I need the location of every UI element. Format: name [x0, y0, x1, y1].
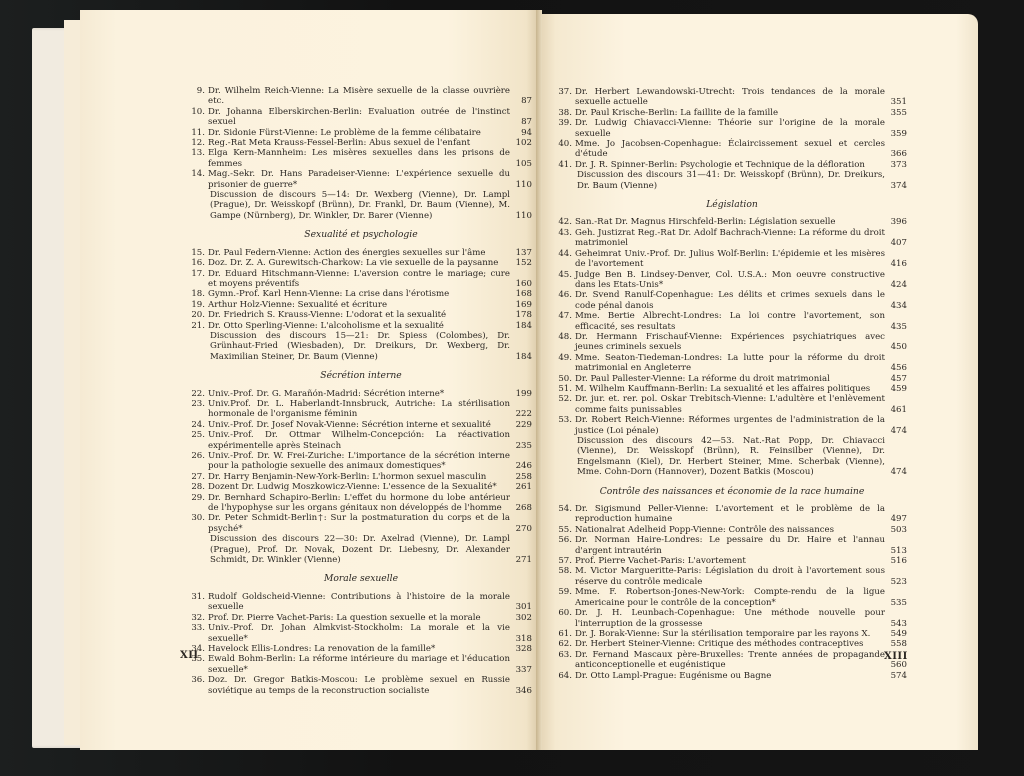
page-number-left: XII — [180, 650, 199, 661]
entry-page-number: 516 — [887, 556, 907, 566]
entry-page-number: 543 — [887, 619, 907, 629]
toc-entry: 11.Dr. Sidonie Fürst-Vienne: Le problème… — [190, 128, 532, 138]
entry-number: 57. — [557, 556, 572, 566]
entry-page-number: 456 — [887, 363, 907, 373]
toc-entry: 33.Univ.-Prof. Dr. Johan Almkvist-Stockh… — [190, 623, 532, 644]
entry-number: 46. — [557, 290, 572, 300]
toc-entry: 29.Dr. Bernhard Schapiro-Berlin: L'effet… — [190, 493, 532, 514]
entry-number: 27. — [190, 472, 205, 482]
section-heading: Législation — [557, 200, 907, 210]
entry-page-number: 407 — [887, 238, 907, 248]
entry-title: Doz. Dr. Gregor Batkis-Moscou: Le problè… — [208, 675, 510, 696]
toc-entry: 34.Havelock Ellis-Londres: La renovation… — [190, 644, 532, 654]
toc-entry: 36.Doz. Dr. Gregor Batkis-Moscou: Le pro… — [190, 675, 532, 696]
entry-number: 10. — [190, 107, 205, 117]
entry-title: Reg.-Rat Meta Krauss-Fessel-Berlin: Abus… — [208, 138, 510, 148]
entry-number: 44. — [557, 249, 572, 259]
entry-page-number: 337 — [512, 665, 532, 675]
toc-entry: 19.Arthur Holz-Vienne: Sexualité et écri… — [190, 300, 532, 310]
entry-title: Univ.-Prof. Dr. W. Frei-Zuriche: L'impor… — [208, 451, 510, 472]
toc-entry: 18.Gymn.-Prof. Karl Henn-Vienne: La cris… — [190, 289, 532, 299]
entry-title: Mag.-Sekr. Dr. Hans Paradeiser-Vienne: L… — [208, 169, 510, 190]
page-number-right: XIII — [884, 651, 908, 662]
entry-title: Elga Kern-Mannheim: Les misères sexuelle… — [208, 148, 510, 169]
entry-number: 49. — [557, 353, 572, 363]
entry-page-number: 87 — [512, 117, 532, 127]
entry-title: San.-Rat Dr. Magnus Hirschfeld-Berlin: L… — [575, 217, 885, 227]
entry-page-number: 184 — [512, 352, 532, 362]
entry-number: 50. — [557, 374, 572, 384]
toc-entry: 27.Dr. Harry Benjamin-New-York-Berlin: L… — [190, 472, 532, 482]
entry-title: Univ.-Prof. Dr. Josef Novak-Vienne: Sécr… — [208, 420, 510, 430]
entry-page-number: 246 — [512, 461, 532, 471]
entry-title: Dr. Friedrich S. Krauss-Vienne: L'odorat… — [208, 310, 510, 320]
section-heading: Sexualité et psychologie — [190, 230, 532, 240]
entry-number: 26. — [190, 451, 205, 461]
entry-number: 59. — [557, 587, 572, 597]
toc-entry: 13.Elga Kern-Mannheim: Les misères sexue… — [190, 148, 532, 169]
toc-entry: 23.Univ.Prof. Dr. L. Haberlandt-Innsbruc… — [190, 399, 532, 420]
entry-number: 33. — [190, 623, 205, 633]
entry-title: Dr. Peter Schmidt-Berlin†: Sur la postma… — [208, 513, 510, 534]
entry-title: Dr. Johanna Elberskirchen-Berlin: Evalua… — [208, 107, 510, 128]
entry-number: 29. — [190, 493, 205, 503]
entry-page-number: 535 — [887, 598, 907, 608]
entry-title: Univ.-Prof. Dr. G. Marañón-Madrid: Sécré… — [208, 389, 510, 399]
entry-page-number: 416 — [887, 259, 907, 269]
entry-title: Dr. Norman Haire-Londres: Le pessaire du… — [575, 535, 885, 556]
toc-entry: 22.Univ.-Prof. Dr. G. Marañón-Madrid: Sé… — [190, 389, 532, 399]
entry-page-number: 222 — [512, 409, 532, 419]
entry-number: 9. — [190, 86, 205, 96]
toc-entry: 48.Dr. Hermann Frischauf-Vienne: Expérie… — [557, 332, 907, 353]
entry-page-number: 474 — [887, 467, 907, 477]
entry-number: 51. — [557, 384, 572, 394]
entry-page-number: 270 — [512, 524, 532, 534]
toc-entry: 41.Dr. J. R. Spinner-Berlin: Psychologie… — [557, 160, 907, 170]
entry-number: 11. — [190, 128, 205, 138]
toc-entry: 58.M. Victor Margueritte-Paris: Législat… — [557, 566, 907, 587]
entry-page-number: 424 — [887, 280, 907, 290]
toc-entry: 20.Dr. Friedrich S. Krauss-Vienne: L'odo… — [190, 310, 532, 320]
entry-number: 16. — [190, 258, 205, 268]
entry-title: Dr. Fernand Mascaux père-Bruxelles: Tren… — [575, 650, 885, 671]
toc-right-column: 37.Dr. Herbert Lewandowski-Utrecht: Troi… — [557, 87, 907, 681]
entry-number: 32. — [190, 613, 205, 623]
entry-title: Mme. Bertie Albrecht-Londres: La loi con… — [575, 311, 885, 332]
toc-entry: 17.Dr. Eduard Hitschmann-Vienne: L'avers… — [190, 269, 532, 290]
book-gutter — [536, 10, 542, 750]
entry-title: Univ.-Prof. Dr. Johan Almkvist-Stockholm… — [208, 623, 510, 644]
entry-title: Dr. Bernhard Schapiro-Berlin: L'effet du… — [208, 493, 510, 514]
entry-page-number: 137 — [512, 248, 532, 258]
entry-page-number: 152 — [512, 258, 532, 268]
entry-number: 41. — [557, 160, 572, 170]
entry-page-number: 169 — [512, 300, 532, 310]
entry-title: Dr. Sidonie Fürst-Vienne: Le problème de… — [208, 128, 510, 138]
entry-page-number: 178 — [512, 310, 532, 320]
entry-page-number: 110 — [512, 211, 532, 221]
entry-number: 48. — [557, 332, 572, 342]
entry-page-number: 549 — [887, 629, 907, 639]
entry-page-number: 94 — [512, 128, 532, 138]
toc-entry: 42.San.-Rat Dr. Magnus Hirschfeld-Berlin… — [557, 217, 907, 227]
entry-page-number: 328 — [512, 644, 532, 654]
toc-entry: 64.Dr. Otto Lampl-Prague: Eugénisme ou B… — [557, 671, 907, 681]
entry-page-number: 523 — [887, 577, 907, 587]
entry-number: 52. — [557, 394, 572, 404]
entry-title: Dr. Otto Lampl-Prague: Eugénisme ou Bagn… — [575, 671, 885, 681]
entry-page-number: 396 — [887, 217, 907, 227]
entry-title: Dr. Paul Krische-Berlin: La faillite de … — [575, 108, 885, 118]
entry-title: Discussion des discours 15—21: Dr. Spies… — [210, 331, 510, 362]
toc-entry: 9.Dr. Wilhelm Reich-Vienne: La Misère se… — [190, 86, 532, 107]
entry-title: Mme. Seaton-Tiedeman-Londres: La lutte p… — [575, 353, 885, 374]
entry-page-number: 374 — [887, 181, 907, 191]
toc-entry: 45.Judge Ben B. Lindsey-Denver, Col. U.S… — [557, 270, 907, 291]
entry-page-number: 346 — [512, 686, 532, 696]
entry-page-number: 258 — [512, 472, 532, 482]
entry-page-number: 87 — [512, 96, 532, 106]
entry-page-number: 184 — [512, 321, 532, 331]
toc-entry: 57.Prof. Pierre Vachet-Paris: L'avorteme… — [557, 556, 907, 566]
toc-entry: 21.Dr. Otto Sperling-Vienne: L'alcoholis… — [190, 321, 532, 331]
section-heading: Morale sexuelle — [190, 574, 532, 584]
entry-number: 58. — [557, 566, 572, 576]
entry-page-number: 373 — [887, 160, 907, 170]
entry-title: Prof. Pierre Vachet-Paris: L'avortement — [575, 556, 885, 566]
entry-title: Gymn.-Prof. Karl Henn-Vienne: La crise d… — [208, 289, 510, 299]
entry-title: Dr. Herbert Steiner-Vienne: Critique des… — [575, 639, 885, 649]
entry-page-number: 235 — [512, 441, 532, 451]
entry-title: Mme. Jo Jacobsen-Copenhague: Éclaircisse… — [575, 139, 885, 160]
entry-number: 22. — [190, 389, 205, 399]
entry-title: Dr. J. R. Spinner-Berlin: Psychologie et… — [575, 160, 885, 170]
toc-left-column: 9.Dr. Wilhelm Reich-Vienne: La Misère se… — [190, 86, 532, 696]
entry-number: 63. — [557, 650, 572, 660]
entry-page-number: 513 — [887, 546, 907, 556]
entry-number: 64. — [557, 671, 572, 681]
toc-entry: 59.Mme. F. Robertson-Jones-New-York: Com… — [557, 587, 907, 608]
toc-entry: 54.Dr. Sigismund Peller-Vienne: L'avorte… — [557, 504, 907, 525]
entry-page-number: 110 — [512, 180, 532, 190]
entry-title: M. Victor Margueritte-Paris: Législation… — [575, 566, 885, 587]
toc-entry: 26.Univ.-Prof. Dr. W. Frei-Zuriche: L'im… — [190, 451, 532, 472]
entry-page-number: 318 — [512, 634, 532, 644]
toc-entry: 56.Dr. Norman Haire-Londres: Le pessaire… — [557, 535, 907, 556]
entry-number: 17. — [190, 269, 205, 279]
toc-entry: 62.Dr. Herbert Steiner-Vienne: Critique … — [557, 639, 907, 649]
toc-entry: 40.Mme. Jo Jacobsen-Copenhague: Éclairci… — [557, 139, 907, 160]
toc-entry: 49.Mme. Seaton-Tiedeman-Londres: La lutt… — [557, 353, 907, 374]
entry-page-number: 229 — [512, 420, 532, 430]
entry-page-number: 459 — [887, 384, 907, 394]
toc-entry: 12.Reg.-Rat Meta Krauss-Fessel-Berlin: A… — [190, 138, 532, 148]
toc-entry: 47.Mme. Bertie Albrecht-Londres: La loi … — [557, 311, 907, 332]
toc-entry: 51.M. Wilhelm Kauffmann-Berlin: La sexua… — [557, 384, 907, 394]
entry-title: Dr. Ludwig Chiavacci-Vienne: Théorie sur… — [575, 118, 885, 139]
toc-entry: 43.Geh. Justizrat Reg.-Rat Dr. Adolf Bac… — [557, 228, 907, 249]
entry-number: 24. — [190, 420, 205, 430]
toc-entry: 46.Dr. Svend Ranulf-Copenhague: Les déli… — [557, 290, 907, 311]
entry-number: 23. — [190, 399, 205, 409]
entry-number: 25. — [190, 430, 205, 440]
entry-title: Univ.-Prof. Dr. Ottmar Wilhelm-Concepció… — [208, 430, 510, 451]
entry-number: 21. — [190, 321, 205, 331]
entry-number: 14. — [190, 169, 205, 179]
entry-title: Judge Ben B. Lindsey-Denver, Col. U.S.A.… — [575, 270, 885, 291]
entry-title: Dozent Dr. Ludwig Moszkowicz-Vienne: L'e… — [208, 482, 510, 492]
entry-title: Rudolf Goldscheid-Vienne: Contributions … — [208, 592, 510, 613]
toc-entry: 38.Dr. Paul Krische-Berlin: La faillite … — [557, 108, 907, 118]
section-heading: Contrôle des naissances et économie de l… — [557, 487, 907, 497]
entry-number: 37. — [557, 87, 572, 97]
entry-page-number: 366 — [887, 149, 907, 159]
entry-page-number: 268 — [512, 503, 532, 513]
entry-number: 56. — [557, 535, 572, 545]
entry-title: Nationalrat Adelheid Popp-Vienne: Contrô… — [575, 525, 885, 535]
entry-page-number: 558 — [887, 639, 907, 649]
entry-page-number: 160 — [512, 279, 532, 289]
entry-page-number: 457 — [887, 374, 907, 384]
entry-title: Dr. Sigismund Peller-Vienne: L'avortemen… — [575, 504, 885, 525]
entry-number: 15. — [190, 248, 205, 258]
toc-entry: 44.Geheimrat Univ.-Prof. Dr. Julius Wolf… — [557, 249, 907, 270]
toc-entry: 60.Dr. J. H. Leunbach-Copenhague: Une mé… — [557, 608, 907, 629]
entry-number: 62. — [557, 639, 572, 649]
entry-number: 45. — [557, 270, 572, 280]
toc-entry: 32.Prof. Dr. Pierre Vachet-Paris: La que… — [190, 613, 532, 623]
entry-title: Geh. Justizrat Reg.-Rat Dr. Adolf Bachra… — [575, 228, 885, 249]
entry-page-number: 450 — [887, 342, 907, 352]
entry-page-number: 168 — [512, 289, 532, 299]
entry-title: Dr. Harry Benjamin-New-York-Berlin: L'ho… — [208, 472, 510, 482]
toc-discussion-entry: Discussion de discours 5—14: Dr. Wexberg… — [190, 190, 532, 221]
entry-number: 19. — [190, 300, 205, 310]
entry-number: 47. — [557, 311, 572, 321]
entry-title: Dr. Eduard Hitschmann-Vienne: L'aversion… — [208, 269, 510, 290]
entry-number: 60. — [557, 608, 572, 618]
entry-number: 28. — [190, 482, 205, 492]
toc-discussion-entry: Discussion des discours 42—53. Nat.-Rat … — [557, 436, 907, 478]
entry-page-number: 271 — [512, 555, 532, 565]
entry-title: Doz. Dr. Z. A. Gurewitsch-Charkow: La vi… — [208, 258, 510, 268]
entry-number: 39. — [557, 118, 572, 128]
entry-page-number: 355 — [887, 108, 907, 118]
toc-entry: 53.Dr. Robert Reich-Vienne: Réformes urg… — [557, 415, 907, 436]
entry-page-number: 359 — [887, 129, 907, 139]
entry-number: 42. — [557, 217, 572, 227]
entry-page-number: 503 — [887, 525, 907, 535]
entry-title: Discussion de discours 5—14: Dr. Wexberg… — [210, 190, 510, 221]
entry-title: Discussion des discours 42—53. Nat.-Rat … — [577, 436, 885, 478]
entry-number: 53. — [557, 415, 572, 425]
toc-discussion-entry: Discussion des discours 15—21: Dr. Spies… — [190, 331, 532, 362]
toc-entry: 14.Mag.-Sekr. Dr. Hans Paradeiser-Vienne… — [190, 169, 532, 190]
entry-page-number: 434 — [887, 301, 907, 311]
toc-entry: 15.Dr. Paul Federn-Vienne: Action des én… — [190, 248, 532, 258]
entry-number: 40. — [557, 139, 572, 149]
entry-number: 36. — [190, 675, 205, 685]
entry-number: 31. — [190, 592, 205, 602]
entry-page-number: 302 — [512, 613, 532, 623]
entry-number: 54. — [557, 504, 572, 514]
toc-entry: 31.Rudolf Goldscheid-Vienne: Contributio… — [190, 592, 532, 613]
toc-entry: 50.Dr. Paul Pallester-Vienne: La réforme… — [557, 374, 907, 384]
entry-title: M. Wilhelm Kauffmann-Berlin: La sexualit… — [575, 384, 885, 394]
entry-title: Dr. Herbert Lewandowski-Utrecht: Trois t… — [575, 87, 885, 108]
entry-title: Dr. Paul Pallester-Vienne: La réforme du… — [575, 374, 885, 384]
entry-title: Dr. Wilhelm Reich-Vienne: La Misère sexu… — [208, 86, 510, 107]
entry-title: Havelock Ellis-Londres: La renovation de… — [208, 644, 510, 654]
entry-title: Prof. Dr. Pierre Vachet-Paris: La questi… — [208, 613, 510, 623]
entry-page-number: 574 — [887, 671, 907, 681]
entry-page-number: 435 — [887, 322, 907, 332]
entry-title: Geheimrat Univ.-Prof. Dr. Julius Wolf-Be… — [575, 249, 885, 270]
entry-title: Discussion des discours 31—41: Dr. Weiss… — [577, 170, 885, 191]
entry-number: 38. — [557, 108, 572, 118]
entry-number: 30. — [190, 513, 205, 523]
entry-page-number: 474 — [887, 426, 907, 436]
entry-number: 18. — [190, 289, 205, 299]
entry-title: Dr. Paul Federn-Vienne: Action des énerg… — [208, 248, 510, 258]
toc-discussion-entry: Discussion des discours 22—30: Dr. Axelr… — [190, 534, 532, 565]
entry-number: 61. — [557, 629, 572, 639]
toc-discussion-entry: Discussion des discours 31—41: Dr. Weiss… — [557, 170, 907, 191]
toc-entry: 24.Univ.-Prof. Dr. Josef Novak-Vienne: S… — [190, 420, 532, 430]
entry-number: 43. — [557, 228, 572, 238]
entry-title: Dr. Robert Reich-Vienne: Réformes urgent… — [575, 415, 885, 436]
entry-number: 55. — [557, 525, 572, 535]
entry-number: 12. — [190, 138, 205, 148]
toc-entry: 52.Dr. jur. et. rer. pol. Oskar Trebitsc… — [557, 394, 907, 415]
entry-page-number: 351 — [887, 97, 907, 107]
entry-title: Dr. jur. et. rer. pol. Oskar Trebitsch-V… — [575, 394, 885, 415]
toc-entry: 63.Dr. Fernand Mascaux père-Bruxelles: T… — [557, 650, 907, 671]
entry-title: Mme. F. Robertson-Jones-New-York: Compte… — [575, 587, 885, 608]
entry-title: Dr. J. H. Leunbach-Copenhague: Une métho… — [575, 608, 885, 629]
entry-number: 13. — [190, 148, 205, 158]
entry-title: Dr. Svend Ranulf-Copenhague: Les délits … — [575, 290, 885, 311]
entry-title: Discussion des discours 22—30: Dr. Axelr… — [210, 534, 510, 565]
entry-title: Univ.Prof. Dr. L. Haberlandt-Innsbruck, … — [208, 399, 510, 420]
entry-title: Dr. Hermann Frischauf-Vienne: Expérience… — [575, 332, 885, 353]
toc-entry: 10.Dr. Johanna Elberskirchen-Berlin: Eva… — [190, 107, 532, 128]
toc-entry: 16.Doz. Dr. Z. A. Gurewitsch-Charkow: La… — [190, 258, 532, 268]
toc-entry: 25.Univ.-Prof. Dr. Ottmar Wilhelm-Concep… — [190, 430, 532, 451]
entry-page-number: 461 — [887, 405, 907, 415]
toc-entry: 28.Dozent Dr. Ludwig Moszkowicz-Vienne: … — [190, 482, 532, 492]
entry-title: Dr. J. Borak-Vienne: Sur la stérilisatio… — [575, 629, 885, 639]
entry-page-number: 301 — [512, 602, 532, 612]
entry-page-number: 497 — [887, 514, 907, 524]
entry-page-number: 199 — [512, 389, 532, 399]
toc-entry: 55.Nationalrat Adelheid Popp-Vienne: Con… — [557, 525, 907, 535]
toc-entry: 37.Dr. Herbert Lewandowski-Utrecht: Troi… — [557, 87, 907, 108]
entry-page-number: 105 — [512, 159, 532, 169]
entry-page-number: 261 — [512, 482, 532, 492]
entry-title: Arthur Holz-Vienne: Sexualité et écritur… — [208, 300, 510, 310]
entry-page-number: 102 — [512, 138, 532, 148]
entry-number: 20. — [190, 310, 205, 320]
entry-title: Ewald Bohm-Berlin: La réforme intérieure… — [208, 654, 510, 675]
toc-entry: 35.Ewald Bohm-Berlin: La réforme intérie… — [190, 654, 532, 675]
toc-entry: 39.Dr. Ludwig Chiavacci-Vienne: Théorie … — [557, 118, 907, 139]
toc-entry: 30.Dr. Peter Schmidt-Berlin†: Sur la pos… — [190, 513, 532, 534]
section-heading: Sécrétion interne — [190, 371, 532, 381]
toc-entry: 61.Dr. J. Borak-Vienne: Sur la stérilisa… — [557, 629, 907, 639]
entry-title: Dr. Otto Sperling-Vienne: L'alcoholisme … — [208, 321, 510, 331]
